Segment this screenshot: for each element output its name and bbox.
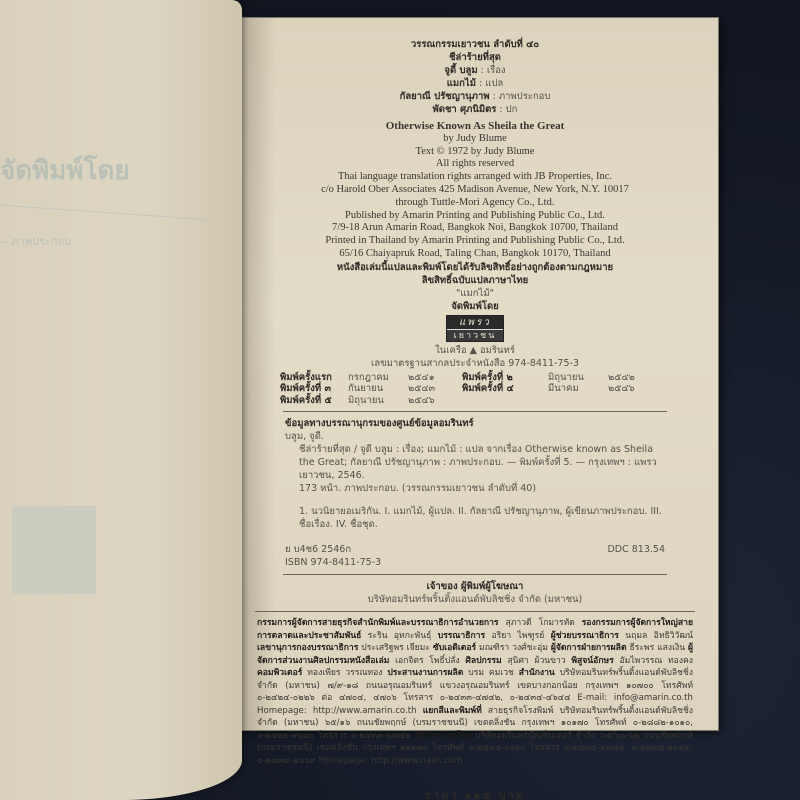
staff-role: แยกสีและพิมพ์ที่: [423, 706, 482, 716]
owner-company: บริษัทอมรินทร์พริ้นติ้งแอนด์พับลิชชิ่ง จ…: [255, 593, 695, 606]
printing-label: พิมพ์ครั้งที่ ๕: [280, 395, 342, 407]
printing-year: ๒๕๔๖: [608, 383, 648, 395]
cip-heading: ข้อมูลทางบรรณานุกรมของศูนย์ข้อมูลอมรินทร…: [285, 417, 665, 430]
printing-year: ๒๕๔๓: [408, 383, 456, 395]
printing-month: กรกฎาคม: [348, 372, 402, 384]
staff-role: ผู้ช่วยบรรณาธิการ: [551, 631, 619, 641]
english-line: Thai language translation rights arrange…: [255, 171, 695, 184]
staff-name: อัมไพวรรณ ทองคง: [620, 656, 693, 666]
printing-label: พิมพ์ครั้งที่ ๔: [462, 383, 542, 395]
cip-description: ชีล่าร้ายที่สุด / จูดี บลูม : เรื่อง; แม…: [285, 443, 665, 482]
printing-label: พิมพ์ครั้งที่ ๒: [462, 372, 542, 384]
logo-top-text: แพรว: [447, 316, 503, 329]
english-copyright: Text © 1972 by Judy Blume: [255, 146, 695, 159]
published-by-label: จัดพิมพ์โดย: [255, 300, 695, 313]
copyright-content: วรรณกรรมเยาวชน ลำดับที่ ๔๐ ชีล่าร้ายที่ส…: [255, 38, 695, 800]
english-line: c/o Harold Ober Associates 425 Madison A…: [255, 184, 695, 197]
ddc-number: DDC 813.54: [607, 543, 665, 569]
staff-role: จัดจำหน่ายโดย: [414, 731, 471, 741]
printing-month: กันยายน: [348, 383, 402, 395]
show-through-rule: [0, 205, 210, 221]
isbn-line: เลขมาตรฐานสากลประจำหนังสือ 974-8411-75-3: [255, 357, 695, 370]
divider: [255, 611, 695, 612]
staff-role: ซับเอดิเตอร์: [433, 643, 476, 653]
cip-footer: ย บ4ช6 2546ก ISBN 974-8411-75-3 DDC 813.…: [285, 543, 665, 569]
cip-block: ข้อมูลทางบรรณานุกรมของศูนย์ข้อมูลอมรินทร…: [255, 417, 695, 569]
staff-name: บรม คมเวช: [468, 668, 514, 678]
show-through-image: [12, 506, 96, 594]
staff-name: สุภาวดี โกมารทัต: [506, 618, 575, 628]
divider: [283, 574, 667, 575]
staff-name: อริยา ไพฑูรย์: [492, 631, 545, 641]
credit-name: จูดี้ บลูม: [444, 65, 477, 76]
credit-role: ภาพประกอบ: [499, 91, 551, 102]
staff-role: สำนักงาน: [519, 668, 555, 678]
thai-title: ชีล่าร้ายที่สุด: [255, 51, 695, 64]
printing-month: มิถุนายน: [348, 395, 402, 407]
english-line: Printed in Thailand by Amarin Printing a…: [255, 235, 695, 248]
staff-name: ประเสริฐพร เจียมะ: [361, 643, 430, 653]
printing-label: พิมพ์ครั้งแรก: [280, 372, 342, 384]
staff-role: กรรมการผู้จัดการสายธุรกิจสำนักพิมพ์และบร…: [257, 618, 499, 628]
staff-role: บรรณาธิการ: [438, 631, 485, 641]
praew-youth-logo: แพรว เยาวชน: [446, 315, 504, 342]
staff-credits: กรรมการผู้จัดการสายธุรกิจสำนักพิมพ์และบร…: [255, 617, 695, 767]
legal-notice: หนังสือเล่มนี้แปลและพิมพ์โดยได้รับลิขสิท…: [255, 261, 695, 274]
show-through-subtitle: -- ภาพประกอบ: [0, 232, 71, 250]
price-label: ราคา ๑๑๕ บาท: [255, 789, 695, 800]
cip-pages: 173 หน้า. ภาพประกอบ. (วรรณกรรมเยาวชน ลำด…: [285, 482, 665, 495]
series-label: วรรณกรรมเยาวชน ลำดับที่ ๔๐: [255, 38, 695, 51]
english-line: 65/16 Chaiyapruk Road, Taling Chan, Bang…: [255, 248, 695, 261]
owner-block: เจ้าของ ผู้พิมพ์ผู้โฆษณา บริษัทอมรินทร์พ…: [255, 580, 695, 606]
staff-role: ผู้จัดการฝ่ายการผลิต: [551, 643, 627, 653]
english-title: Otherwise Known As Sheila the Great: [255, 120, 695, 133]
credit-name: พัดชา ศุภนิมิตร: [433, 104, 497, 115]
divider: [283, 411, 667, 412]
call-number: ย บ4ช6 2546ก: [285, 543, 381, 556]
staff-name: เอกจิตร โพธิ์ปลั่ง: [395, 656, 460, 666]
credit-name: กัลยาณี ปรัชญานุภาพ: [400, 91, 490, 102]
staff-role: คอมพิวเตอร์: [257, 668, 302, 678]
credit-role: เรื่อง: [487, 65, 506, 76]
cip-subjects: 1. นวนิยายอเมริกัน. I. แมกไม้, ผู้แปล. I…: [285, 505, 665, 531]
english-author: by Judy Blume: [255, 133, 695, 146]
english-line: Published by Amarin Printing and Publish…: [255, 210, 695, 223]
legal-notice-2: ลิขสิทธิ์ฉบับแปลภาษาไทย: [255, 274, 695, 287]
show-through-title: จัดพิมพ์โดย: [0, 150, 130, 191]
printing-year: ๒๕๔๒: [608, 372, 648, 384]
staff-name: นฤมล อิทธิวิวัฒน์: [625, 631, 693, 641]
credit-name: แมกไม้: [447, 78, 476, 89]
credit-line: แมกไม้ : แปล: [255, 77, 695, 90]
english-line: through Tuttle-Mori Agency Co., Ltd.: [255, 197, 695, 210]
staff-role: พิสูจน์อักษร: [571, 656, 613, 666]
credit-role: แปล: [485, 78, 503, 89]
staff-role: ประสานงานการผลิต: [387, 668, 463, 678]
staff-role: เลขานุการกองบรรณาธิการ: [257, 643, 358, 653]
staff-name: ธีระพร แสงเงิน: [629, 643, 685, 653]
english-line: 7/9-18 Arun Amarin Road, Bangkok Noi, Ba…: [255, 222, 695, 235]
printing-year: ๒๕๔๖: [408, 395, 456, 407]
english-rights: All rights reserved: [255, 158, 695, 171]
translator-mark: "แมกไม้": [255, 287, 695, 300]
cip-isbn: ISBN 974-8411-75-3: [285, 556, 381, 569]
credit-role: ปก: [506, 104, 518, 115]
credit-line: กัลยาณี ปรัชญานุภาพ : ภาพประกอบ: [255, 90, 695, 103]
cip-author: บลูม, จูดี.: [285, 430, 665, 443]
logo-bottom-text: เยาวชน: [447, 329, 503, 341]
credit-line: พัดชา ศุภนิมิตร : ปก: [255, 103, 695, 116]
staff-name: ทองเพียร วรรณทอง: [307, 668, 382, 678]
printing-history: พิมพ์ครั้งแรก กรกฎาคม ๒๕๔๑ พิมพ์ครั้งที่…: [280, 372, 695, 407]
group-line: ในเครือ ▲ อมรินทร์: [255, 344, 695, 357]
staff-name: สุนิศา ผ้วนขาว: [507, 656, 565, 666]
owner-heading: เจ้าของ ผู้พิมพ์ผู้โฆษณา: [255, 580, 695, 593]
printing-year: ๒๕๔๑: [408, 372, 456, 384]
printing-label: พิมพ์ครั้งที่ ๓: [280, 383, 342, 395]
credit-line: จูดี้ บลูม : เรื่อง: [255, 64, 695, 77]
staff-name: มณฑิรา วงศ์ชะอุ่ม: [479, 643, 548, 653]
staff-role: ศิลปกรรม: [465, 656, 501, 666]
left-page-curled[interactable]: จัดพิมพ์โดย -- ภาพประกอบ: [0, 0, 242, 800]
printing-month: มีนาคม: [548, 383, 602, 395]
printing-month: มิถุนายน: [548, 372, 602, 384]
staff-name: ระริน อุทกะพันธุ์: [368, 631, 432, 641]
